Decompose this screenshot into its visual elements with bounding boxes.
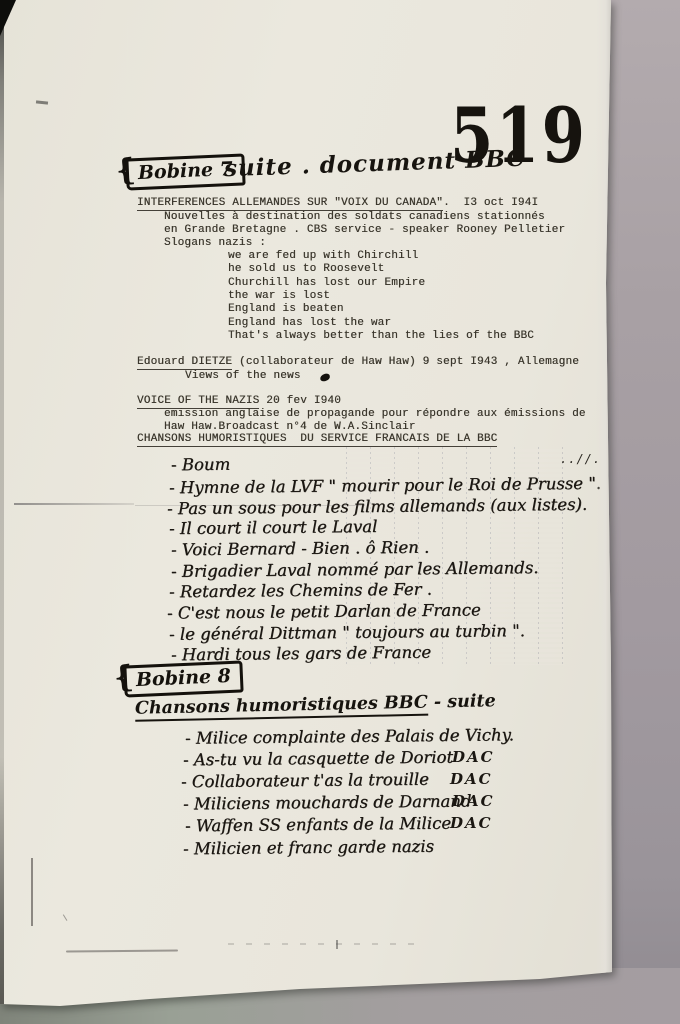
hand-list2-item: - Collaborateur t'as la trouille	[181, 770, 429, 792]
slogan-line: the war is lost	[228, 290, 330, 303]
hand-list2-item: - Milice complainte des Palais de Vichy.	[185, 725, 514, 747]
hand-dac-tag: DAC	[452, 748, 495, 766]
scratch-mark	[63, 910, 74, 921]
slogan-line: England is beaten	[228, 303, 344, 316]
hand-list2-item: - As-tu vu la casquette de Doriot	[183, 748, 453, 770]
hand-dac-tag: DAC	[452, 792, 495, 810]
scratch-mark	[228, 943, 420, 945]
hand-list2-item: - Milicien et franc garde nazis	[183, 837, 434, 859]
hand-list1-item: - Boum	[171, 455, 230, 475]
section2-title-rest: (collaborateur de Haw Haw) 9 sept I943 ,…	[232, 356, 579, 368]
scratch-mark	[336, 940, 338, 949]
section4-title: CHANSONS HUMORISTIQUES DU SERVICE FRANCA…	[137, 433, 497, 446]
section1-intro-line: Slogans nazis :	[164, 237, 266, 250]
hand-list1-item: - Voici Bernard - Bien . ô Rien .	[171, 538, 429, 560]
slogan-line: he sold us to Roosevelt	[228, 263, 384, 276]
scratch-mark	[14, 503, 134, 505]
document-page: 519 { Bobine 7 suite . document BBC INTE…	[0, 0, 613, 1010]
slogan-line: England has lost the war	[228, 317, 391, 330]
section2-title: Edouard DIETZE (collaborateur de Haw Haw…	[137, 356, 579, 369]
continuation-mark: ..//.	[560, 452, 601, 466]
hand-list1-item: - le général Dittman " toujours au turbi…	[169, 621, 525, 644]
section1-title-date: . I3 oct I94I	[443, 197, 538, 209]
slogan-line: we are fed up with Chirchill	[228, 250, 418, 263]
section1-title-underlined: INTERFERENCES ALLEMANDES SUR "VOIX DU CA…	[137, 197, 443, 211]
hand-list1-item: - Il court il court le Laval	[169, 517, 378, 538]
scratch-mark	[66, 950, 178, 953]
archive-scan: 519 { Bobine 7 suite . document BBC INTE…	[0, 0, 680, 1024]
section2-line: Views of the news	[185, 370, 301, 383]
hand-list2-heading-underlined: Chansons humoristiques BBC	[135, 693, 428, 722]
scratch-mark	[135, 505, 365, 506]
hand-dac-tag: DAC	[450, 770, 493, 788]
slogan-line: That's always better than the lies of th…	[228, 330, 534, 343]
paper-wrap: 519 { Bobine 7 suite . document BBC INTE…	[0, 0, 680, 1024]
stray-mark	[36, 100, 48, 104]
hand-list2-item: - Miliciens mouchards de Darnand	[183, 791, 472, 813]
section3-line: emission anglaise de propagande pour rép…	[164, 408, 586, 421]
scratch-mark	[31, 858, 33, 926]
hand-list1-item: - Retardez les Chemins de Fer .	[169, 580, 432, 602]
section1-intro-line: Nouvelles à destination des soldats cana…	[164, 211, 545, 224]
section1-intro-line: en Grande Bretagne . CBS service - speak…	[164, 224, 565, 237]
hand-list2-item: - Waffen SS enfants de la Milice	[185, 814, 451, 836]
section2-name-underlined: Edouard DIETZE	[137, 356, 232, 370]
page-edge-highlight	[596, 0, 612, 974]
hand-list2-heading: Chansons humoristiques BBC - suite	[135, 691, 496, 719]
hand-list2-heading-suffix: - suite	[428, 691, 496, 712]
section3-title: VOICE OF THE NAZIS 20 fev I940	[137, 395, 341, 408]
hand-list1-item: - Brigadier Laval nommé par les Allemand…	[171, 558, 539, 581]
ink-blot	[319, 373, 330, 382]
section3-name-underlined: VOICE OF THE NAZIS	[137, 395, 259, 409]
binding-edge-shadow	[0, 0, 4, 1010]
hand-list1-item: - C'est nous le petit Darlan de France	[167, 600, 481, 622]
section1-title: INTERFERENCES ALLEMANDES SUR "VOIX DU CA…	[137, 197, 538, 210]
section3-title-rest: 20 fev I940	[259, 395, 341, 407]
corner-shadow	[0, 0, 16, 36]
hand-dac-tag: DAC	[450, 814, 493, 832]
slogan-line: Churchill has lost our Empire	[228, 277, 425, 290]
section4-title-underlined: CHANSONS HUMORISTIQUES DU SERVICE FRANCA…	[137, 433, 497, 447]
bobine8-box-annotation: Bobine 8	[123, 660, 243, 697]
